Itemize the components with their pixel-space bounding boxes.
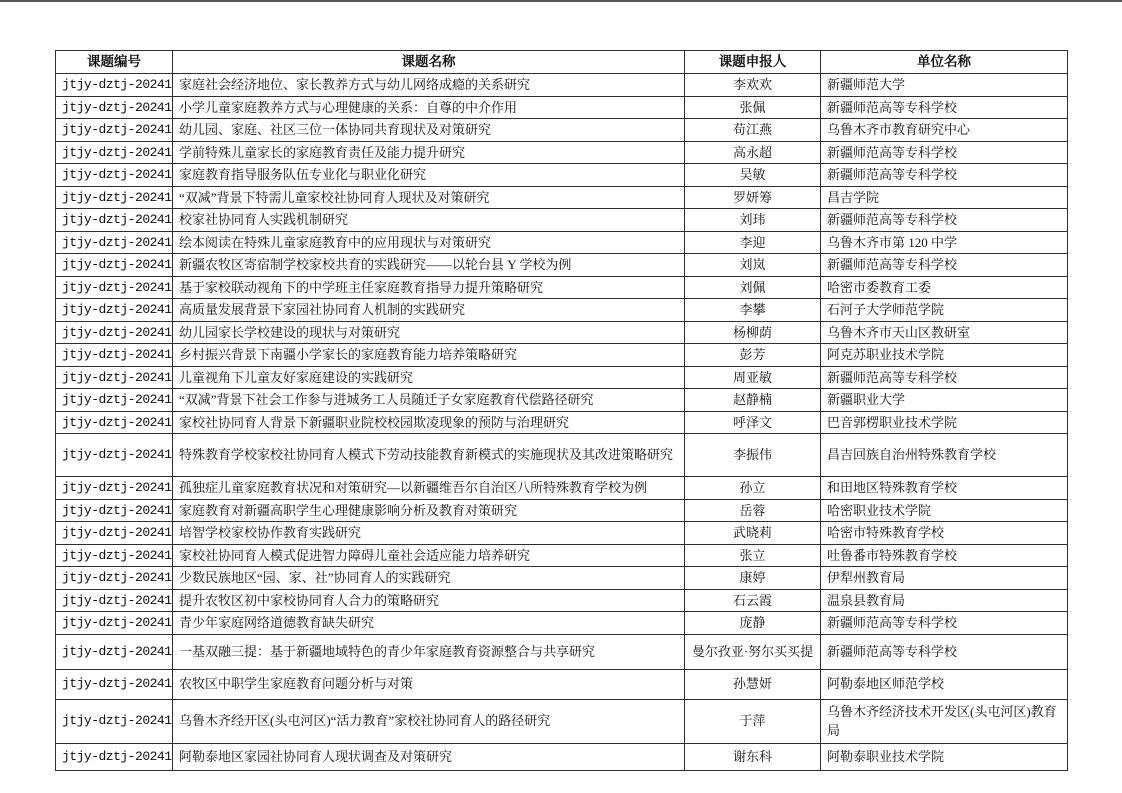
applicant-cell: 呼泽文 <box>685 411 821 434</box>
project-title-cell: 一基双融三提：基于新疆地域特色的青少年家庭教育资源整合与共享研究 <box>173 634 685 669</box>
project-title-cell: 乡村振兴背景下南疆小学家长的家庭教育能力培养策略研究 <box>173 344 685 367</box>
table-row: jtjy-dztj-2024187家校社协同育人模式促进智力障碍儿童社会适应能力… <box>56 544 1068 567</box>
project-title-cell: 小学儿童家庭教养方式与心理健康的关系：自尊的中介作用 <box>173 96 685 119</box>
organization-cell: 哈密职业技术学院 <box>821 499 1068 522</box>
project-id-cell: jtjy-dztj-2024172 <box>56 231 173 254</box>
project-title-cell: 幼儿园、家庭、社区三位一体协同共育现状及对策研究 <box>173 119 685 142</box>
organization-cell: 新疆师范高等专科学校 <box>821 209 1068 232</box>
project-id-cell: jtjy-dztj-2024180 <box>56 389 173 412</box>
organization-cell: 新疆师范高等专科学校 <box>821 634 1068 669</box>
organization-cell: 和田地区特殊教育学校 <box>821 477 1068 500</box>
organization-cell: 阿勒泰职业技术学院 <box>821 743 1068 770</box>
project-id-cell: jtjy-dztj-2024167 <box>56 119 173 142</box>
project-id-cell: jtjy-dztj-2024182 <box>56 411 173 434</box>
table-row: jtjy-dztj-2024166小学儿童家庭教养方式与心理健康的关系：自尊的中… <box>56 96 1068 119</box>
project-id-cell: jtjy-dztj-2024191 <box>56 634 173 669</box>
applicant-cell: 孙慧妍 <box>685 669 821 699</box>
project-title-cell: 乌鲁木齐经开区(头屯河区)“活力教育”家校社协同育人的路径研究 <box>173 699 685 743</box>
project-title-cell: “双减”背景下社会工作参与进城务工人员随迁子女家庭教育代偿路径研究 <box>173 389 685 412</box>
organization-cell: 哈密市特殊教育学校 <box>821 522 1068 545</box>
project-title-cell: 家庭社会经济地位、家长教养方式与幼儿网络成瘾的关系研究 <box>173 74 685 97</box>
table-row: jtjy-dztj-2024194乌鲁木齐经开区(头屯河区)“活力教育”家校社协… <box>56 699 1068 743</box>
applicant-cell: 罗妍筹 <box>685 186 821 209</box>
applicant-cell: 彭芳 <box>685 344 821 367</box>
project-id-cell: jtjy-dztj-2024171 <box>56 209 173 232</box>
project-title-cell: 高质量发展背景下家园社协同育人机制的实践研究 <box>173 299 685 322</box>
applicant-cell: 刘玮 <box>685 209 821 232</box>
table-row: jtjy-dztj-2024176幼儿园家长学校建设的现状与对策研究杨柳荫乌鲁木… <box>56 321 1068 344</box>
table-body: jtjy-dztj-2024165家庭社会经济地位、家长教养方式与幼儿网络成瘾的… <box>56 74 1068 771</box>
column-header-organization: 单位名称 <box>821 51 1068 74</box>
organization-cell: 新疆师范高等专科学校 <box>821 254 1068 277</box>
applicant-cell: 吴敏 <box>685 164 821 187</box>
table-row: jtjy-dztj-2024191一基双融三提：基于新疆地域特色的青少年家庭教育… <box>56 634 1068 669</box>
table-row: jtjy-dztj-2024179儿童视角下儿童友好家庭建设的实践研究周亚敏新疆… <box>56 366 1068 389</box>
applicant-cell: 苟江燕 <box>685 119 821 142</box>
table-row: jtjy-dztj-2024182家校社协同育人背景下新疆职业院校校园欺凌现象的… <box>56 411 1068 434</box>
project-id-cell: jtjy-dztj-2024166 <box>56 96 173 119</box>
project-id-cell: jtjy-dztj-2024178 <box>56 344 173 367</box>
project-id-cell: jtjy-dztj-2024168 <box>56 141 173 164</box>
column-header-project-title: 课题名称 <box>173 51 685 74</box>
project-id-cell: jtjy-dztj-2024190 <box>56 612 173 635</box>
applicant-cell: 赵静楠 <box>685 389 821 412</box>
project-id-cell: jtjy-dztj-2024179 <box>56 366 173 389</box>
project-title-cell: 培智学校家校协作教育实践研究 <box>173 522 685 545</box>
header-row: 课题编号 课题名称 课题申报人 单位名称 <box>56 51 1068 74</box>
organization-cell: 乌鲁木齐市天山区教研室 <box>821 321 1068 344</box>
applicant-cell: 曼尔孜亚·努尔买买提 <box>685 634 821 669</box>
applicant-cell: 周亚敏 <box>685 366 821 389</box>
table-row: jtjy-dztj-2024178乡村振兴背景下南疆小学家长的家庭教育能力培养策… <box>56 344 1068 367</box>
project-title-cell: 绘本阅读在特殊儿童家庭教育中的应用现状与对策研究 <box>173 231 685 254</box>
project-title-cell: 校家社协同育人实践机制研究 <box>173 209 685 232</box>
project-title-cell: 青少年家庭网络道德教育缺失研究 <box>173 612 685 635</box>
project-id-cell: jtjy-dztj-2024169 <box>56 164 173 187</box>
organization-cell: 阿克苏职业技术学院 <box>821 344 1068 367</box>
project-title-cell: 家庭教育指导服务队伍专业化与职业化研究 <box>173 164 685 187</box>
projects-table: 课题编号 课题名称 课题申报人 单位名称 jtjy-dztj-2024165家庭… <box>55 50 1068 771</box>
project-id-cell: jtjy-dztj-2024192 <box>56 669 173 699</box>
table-row: jtjy-dztj-2024192农牧区中职学生家庭教育问题分析与对策孙慧妍阿勒… <box>56 669 1068 699</box>
applicant-cell: 康婷 <box>685 567 821 590</box>
applicant-cell: 石云霞 <box>685 589 821 612</box>
organization-cell: 阿勒泰地区师范学校 <box>821 669 1068 699</box>
document-page: 课题编号 课题名称 课题申报人 单位名称 jtjy-dztj-2024165家庭… <box>0 0 1122 793</box>
applicant-cell: 李迎 <box>685 231 821 254</box>
project-title-cell: 家校社协同育人模式促进智力障碍儿童社会适应能力培养研究 <box>173 544 685 567</box>
table-row: jtjy-dztj-2024170“双减”背景下特需儿童家校社协同育人现状及对策… <box>56 186 1068 209</box>
page-top-border <box>0 0 1122 2</box>
organization-cell: 石河子大学师范学院 <box>821 299 1068 322</box>
organization-cell: 新疆师范高等专科学校 <box>821 141 1068 164</box>
organization-cell: 伊犁州教育局 <box>821 567 1068 590</box>
project-title-cell: 家校社协同育人背景下新疆职业院校校园欺凌现象的预防与治理研究 <box>173 411 685 434</box>
project-id-cell: jtjy-dztj-2024174 <box>56 276 173 299</box>
table-row: jtjy-dztj-2024173新疆农牧区寄宿制学校家校共育的实践研究——以轮… <box>56 254 1068 277</box>
applicant-cell: 李振伟 <box>685 434 821 477</box>
project-id-cell: jtjy-dztj-2024194 <box>56 699 173 743</box>
organization-cell: 哈密市委教育工委 <box>821 276 1068 299</box>
organization-cell: 新疆师范高等专科学校 <box>821 164 1068 187</box>
project-title-cell: 幼儿园家长学校建设的现状与对策研究 <box>173 321 685 344</box>
project-id-cell: jtjy-dztj-2024165 <box>56 74 173 97</box>
applicant-cell: 李欢欢 <box>685 74 821 97</box>
organization-cell: 昌吉学院 <box>821 186 1068 209</box>
applicant-cell: 刘佩 <box>685 276 821 299</box>
table-row: jtjy-dztj-2024184孤独症儿童家庭教育状况和对策研究—以新疆维吾尔… <box>56 477 1068 500</box>
column-header-applicant: 课题申报人 <box>685 51 821 74</box>
organization-cell: 乌鲁木齐市第 120 中学 <box>821 231 1068 254</box>
project-title-cell: 新疆农牧区寄宿制学校家校共育的实践研究——以轮台县 Y 学校为例 <box>173 254 685 277</box>
project-id-cell: jtjy-dztj-2024195 <box>56 743 173 770</box>
table-header: 课题编号 课题名称 课题申报人 单位名称 <box>56 51 1068 74</box>
project-id-cell: jtjy-dztj-2024189 <box>56 589 173 612</box>
applicant-cell: 张立 <box>685 544 821 567</box>
project-title-cell: 孤独症儿童家庭教育状况和对策研究—以新疆维吾尔自治区八所特殊教育学校为例 <box>173 477 685 500</box>
project-title-cell: 少数民族地区“园、家、社”协同育人的实践研究 <box>173 567 685 590</box>
applicant-cell: 于萍 <box>685 699 821 743</box>
table-row: jtjy-dztj-2024169家庭教育指导服务队伍专业化与职业化研究吴敏新疆… <box>56 164 1068 187</box>
organization-cell: 昌吉回族自治州特殊教育学校 <box>821 434 1068 477</box>
organization-cell: 乌鲁木齐市教育研究中心 <box>821 119 1068 142</box>
project-title-cell: 阿勒泰地区家园社协同育人现状调查及对策研究 <box>173 743 685 770</box>
applicant-cell: 杨柳荫 <box>685 321 821 344</box>
applicant-cell: 谢东科 <box>685 743 821 770</box>
column-header-project-id: 课题编号 <box>56 51 173 74</box>
table-row: jtjy-dztj-2024189提升农牧区初中家校协同育人合力的策略研究石云霞… <box>56 589 1068 612</box>
project-id-cell: jtjy-dztj-2024176 <box>56 321 173 344</box>
table-row: jtjy-dztj-2024174基于家校联动视角下的中学班主任家庭教育指导力提… <box>56 276 1068 299</box>
table-row: jtjy-dztj-2024186培智学校家校协作教育实践研究武晓莉哈密市特殊教… <box>56 522 1068 545</box>
organization-cell: 吐鲁番市特殊教育学校 <box>821 544 1068 567</box>
applicant-cell: 武晓莉 <box>685 522 821 545</box>
project-id-cell: jtjy-dztj-2024185 <box>56 499 173 522</box>
applicant-cell: 孙立 <box>685 477 821 500</box>
project-title-cell: 家庭教育对新疆高职学生心理健康影响分析及教育对策研究 <box>173 499 685 522</box>
project-id-cell: jtjy-dztj-2024187 <box>56 544 173 567</box>
table-row: jtjy-dztj-2024180“双减”背景下社会工作参与进城务工人员随迁子女… <box>56 389 1068 412</box>
organization-cell: 巴音郭楞职业技术学院 <box>821 411 1068 434</box>
table-row: jtjy-dztj-2024172绘本阅读在特殊儿童家庭教育中的应用现状与对策研… <box>56 231 1068 254</box>
organization-cell: 新疆师范大学 <box>821 74 1068 97</box>
table-row: jtjy-dztj-2024190青少年家庭网络道德教育缺失研究庞静新疆师范高等… <box>56 612 1068 635</box>
project-id-cell: jtjy-dztj-2024186 <box>56 522 173 545</box>
organization-cell: 新疆师范高等专科学校 <box>821 366 1068 389</box>
applicant-cell: 李攀 <box>685 299 821 322</box>
table-row: jtjy-dztj-2024195阿勒泰地区家园社协同育人现状调查及对策研究谢东… <box>56 743 1068 770</box>
project-title-cell: 农牧区中职学生家庭教育问题分析与对策 <box>173 669 685 699</box>
table-row: jtjy-dztj-2024165家庭社会经济地位、家长教养方式与幼儿网络成瘾的… <box>56 74 1068 97</box>
project-id-cell: jtjy-dztj-2024173 <box>56 254 173 277</box>
project-id-cell: jtjy-dztj-2024183 <box>56 434 173 477</box>
project-id-cell: jtjy-dztj-2024170 <box>56 186 173 209</box>
project-title-cell: 儿童视角下儿童友好家庭建设的实践研究 <box>173 366 685 389</box>
project-id-cell: jtjy-dztj-2024188 <box>56 567 173 590</box>
table-row: jtjy-dztj-2024168学前特殊儿童家长的家庭教育责任及能力提升研究高… <box>56 141 1068 164</box>
applicant-cell: 高永超 <box>685 141 821 164</box>
table-row: jtjy-dztj-2024183特殊教育学校家校社协同育人模式下劳动技能教育新… <box>56 434 1068 477</box>
project-title-cell: 提升农牧区初中家校协同育人合力的策略研究 <box>173 589 685 612</box>
table-row: jtjy-dztj-2024185家庭教育对新疆高职学生心理健康影响分析及教育对… <box>56 499 1068 522</box>
project-title-cell: 特殊教育学校家校社协同育人模式下劳动技能教育新模式的实施现状及其改进策略研究 <box>173 434 685 477</box>
organization-cell: 乌鲁木齐经济技术开发区(头屯河区)教育局 <box>821 699 1068 743</box>
applicant-cell: 庞静 <box>685 612 821 635</box>
project-title-cell: 学前特殊儿童家长的家庭教育责任及能力提升研究 <box>173 141 685 164</box>
organization-cell: 新疆师范高等专科学校 <box>821 96 1068 119</box>
applicant-cell: 张佩 <box>685 96 821 119</box>
project-title-cell: “双减”背景下特需儿童家校社协同育人现状及对策研究 <box>173 186 685 209</box>
project-id-cell: jtjy-dztj-2024175 <box>56 299 173 322</box>
table-row: jtjy-dztj-2024171校家社协同育人实践机制研究刘玮新疆师范高等专科… <box>56 209 1068 232</box>
applicant-cell: 刘岚 <box>685 254 821 277</box>
organization-cell: 温泉县教育局 <box>821 589 1068 612</box>
organization-cell: 新疆职业大学 <box>821 389 1068 412</box>
table-row: jtjy-dztj-2024188少数民族地区“园、家、社”协同育人的实践研究康… <box>56 567 1068 590</box>
table-row: jtjy-dztj-2024175高质量发展背景下家园社协同育人机制的实践研究李… <box>56 299 1068 322</box>
project-title-cell: 基于家校联动视角下的中学班主任家庭教育指导力提升策略研究 <box>173 276 685 299</box>
applicant-cell: 岳蓉 <box>685 499 821 522</box>
project-id-cell: jtjy-dztj-2024184 <box>56 477 173 500</box>
organization-cell: 新疆师范高等专科学校 <box>821 612 1068 635</box>
table-row: jtjy-dztj-2024167幼儿园、家庭、社区三位一体协同共育现状及对策研… <box>56 119 1068 142</box>
